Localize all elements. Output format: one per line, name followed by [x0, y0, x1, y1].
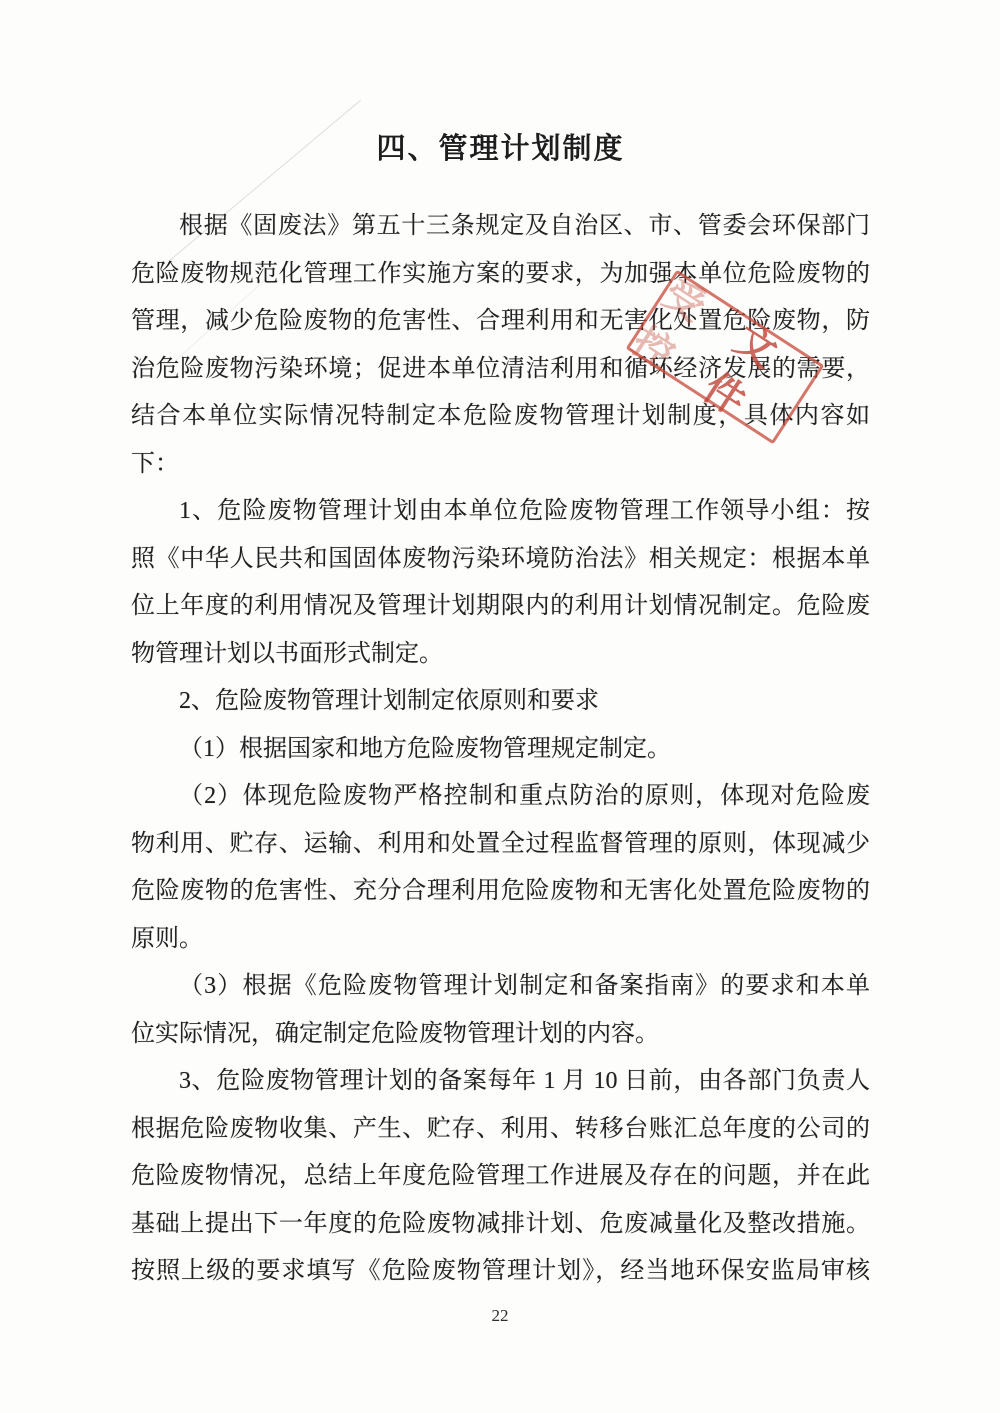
page-number: 22 — [0, 1306, 1000, 1326]
body-line: 治危险废物污染环境；促进本单位清洁利用和循环经济发展的需要， — [131, 346, 870, 394]
body-line: 物管理计划以书面形式制定。 — [131, 631, 870, 679]
body-line: 下： — [131, 441, 870, 489]
body-line: 基础上提出下一年度的危险废物减排计划、危废减量化及整改措施。 — [131, 1201, 870, 1249]
body-line: 按照上级的要求填写《危险废物管理计划》，经当地环保安监局审核 — [131, 1248, 870, 1296]
body-line: 管理，减少危险废物的危害性、合理利用和无害化处置危险废物，防 — [131, 298, 870, 346]
body-line: 3、危险废物管理计划的备案每年 1 月 10 日前，由各部门负责人 — [131, 1058, 870, 1106]
body-line: 根据危险废物收集、产生、贮存、利用、转移台账汇总年度的公司的 — [131, 1106, 870, 1154]
body-line: 原则。 — [131, 916, 870, 964]
body-line: 2、危险废物管理计划制定依原则和要求 — [131, 678, 870, 726]
body-line: 危险废物的危害性、充分合理利用危险废物和无害化处置危险废物的 — [131, 868, 870, 916]
page-title: 四、管理计划制度 — [131, 126, 870, 167]
document-body: 根据《固废法》第五十三条规定及自治区、市、管委会环保部门危险废物规范化管理工作实… — [131, 203, 870, 1296]
body-line: 照《中华人民共和国固体废物污染环境防治法》相关规定：根据本单 — [131, 536, 870, 584]
body-line: 结合本单位实际情况特制定本危险废物管理计划制度，具体内容如 — [131, 393, 870, 441]
body-line: 危险废物规范化管理工作实施方案的要求，为加强本单位危险废物的 — [131, 251, 870, 299]
body-line: （3）根据《危险废物管理计划制定和备案指南》的要求和本单 — [131, 963, 870, 1011]
body-line: 位上年度的利用情况及管理计划期限内的利用计划情况制定。危险废 — [131, 583, 870, 631]
body-line: （1）根据国家和地方危险废物管理规定制定。 — [131, 726, 870, 774]
body-line: 物利用、贮存、运输、利用和处置全过程监督管理的原则，体现减少 — [131, 821, 870, 869]
body-line: 根据《固废法》第五十三条规定及自治区、市、管委会环保部门 — [131, 203, 870, 251]
body-line: 位实际情况，确定制定危险废物管理计划的内容。 — [131, 1011, 870, 1059]
document-page: 四、管理计划制度 根据《固废法》第五十三条规定及自治区、市、管委会环保部门危险废… — [0, 0, 1000, 1413]
body-line: （2）体现危险废物严格控制和重点防治的原则，体现对危险废 — [131, 773, 870, 821]
body-line: 1、危险废物管理计划由本单位危险废物管理工作领导小组：按 — [131, 488, 870, 536]
body-line: 危险废物情况，总结上年度危险管理工作进展及存在的问题，并在此 — [131, 1153, 870, 1201]
